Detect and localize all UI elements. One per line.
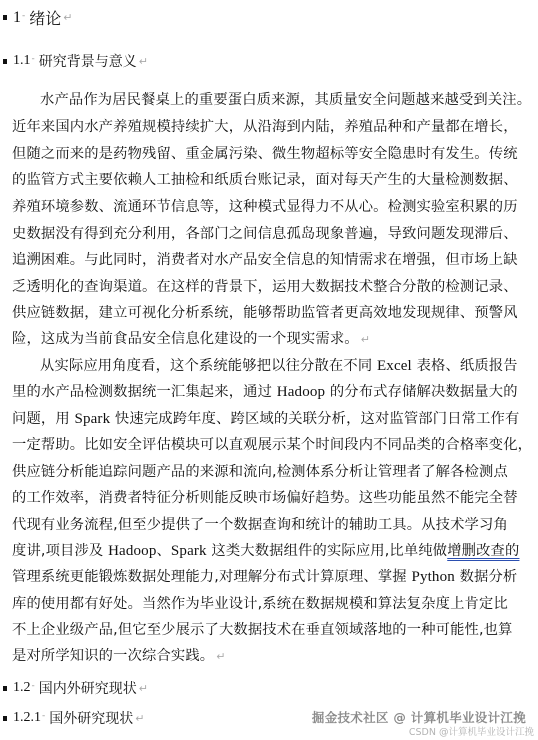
text-line: 不上企业级产品,但它至少展示了大数据技术在垂直领域落地的一种可能性,也算 bbox=[12, 620, 527, 640]
number-separator: - bbox=[32, 681, 35, 691]
text-span: 问题，用 bbox=[12, 411, 74, 427]
heading-number: 1.2 bbox=[13, 680, 31, 696]
heading-title: 国外研究现状 bbox=[49, 708, 133, 728]
latin-term: Excel bbox=[377, 358, 412, 374]
heading-1-1: 1.1 - 研究背景与意义 ↵ bbox=[0, 51, 148, 71]
heading-number: 1.2.1 bbox=[13, 710, 41, 726]
text-line: 库的使用都有好处。当然作为毕业设计,系统在数据规模和算法复杂度上肯定比 bbox=[12, 594, 527, 614]
text-line: 一定帮助。比如安全评估模块可以直观展示某个时间段内不同品类的合格率变化， bbox=[12, 435, 527, 455]
text-line: 的监管方式主要依赖人工抽检和纸质台账记录，面对每天产生的大量检测数据、 bbox=[12, 170, 527, 190]
text-line: 代现有业务流程,但至少提供了一个数据查询和统计的辅助工具。从技术学习角 bbox=[12, 515, 527, 535]
paragraph-mark-icon: ↵ bbox=[139, 55, 148, 68]
text-line: 险，这成为当前食品安全信息化建设的一个现实需求。↵ bbox=[12, 329, 527, 350]
paragraph-mark-icon: ↵ bbox=[139, 682, 148, 695]
text-line: 史数据没有得到充分利用，各部门之间信息孤岛现象普遍，导致问题发现滞后、 bbox=[12, 224, 527, 244]
text-span: 这类大数据组件的实际应用,比单纯做 bbox=[207, 543, 448, 559]
text-line: 近年来国内水产养殖规模持续扩大，从沿海到内陆，养殖品种和产量都在增长， bbox=[12, 117, 527, 137]
number-separator: - bbox=[32, 54, 35, 64]
latin-term: Hadoop bbox=[277, 384, 325, 400]
heading-title: 研究背景与意义 bbox=[39, 51, 137, 71]
heading-bullet-icon bbox=[3, 686, 7, 691]
heading-title: 绪论 bbox=[29, 6, 61, 29]
heading-bullet-icon bbox=[3, 59, 7, 64]
number-separator: - bbox=[42, 711, 45, 721]
heading-bullet-icon bbox=[3, 716, 7, 721]
heading-1-2: 1.2 - 国内外研究现状 ↵ bbox=[0, 678, 148, 698]
text-line: 管理系统更能锻炼数据处理能力,对理解分布式计算原理、掌握 Python 数据分析 bbox=[12, 567, 527, 587]
text-span: 、 bbox=[156, 543, 170, 559]
text-line: 问题，用 Spark 快速完成跨年度、跨区域的关联分析，这对监管部门日常工作有 bbox=[12, 409, 527, 429]
number-separator: - bbox=[22, 11, 25, 21]
text-line: 度讲,项目涉及 Hadoop、Spark 这类大数据组件的实际应用,比单纯做增删… bbox=[12, 541, 527, 561]
text-span: 是对所学知识的一次综合实践。 bbox=[12, 648, 214, 664]
text-line: 水产品作为居民餐桌上的重要蛋白质来源，其质量安全问题越来越受到关注。 bbox=[40, 90, 527, 110]
text-span: 的分布式存储解决数据量大的 bbox=[325, 384, 518, 400]
text-span: 险，这成为当前食品安全信息化建设的一个现实需求。 bbox=[12, 331, 359, 347]
heading-title: 国内外研究现状 bbox=[39, 678, 137, 698]
text-span: 从实际应用角度看，这个系统能够把以往分散在不同 bbox=[40, 358, 377, 374]
grammar-underline-text[interactable]: 增删改查的 bbox=[447, 543, 519, 559]
text-span: 里的水产品检测数据统一汇集起来，通过 bbox=[12, 384, 277, 400]
text-span: 表格、纸质报告 bbox=[412, 358, 518, 374]
text-line: 供应链分析能追踪问题产品的来源和流向,检测体系分析让管理者了解各检测点 bbox=[12, 462, 527, 482]
text-line: 是对所学知识的一次综合实践。↵ bbox=[12, 646, 527, 667]
text-span: 管理系统更能锻炼数据处理能力,对理解分布式计算原理、掌握 bbox=[12, 569, 411, 585]
text-span: 度讲,项目涉及 bbox=[12, 543, 108, 559]
paragraph-mark-icon: ↵ bbox=[135, 712, 144, 725]
text-line: 养殖环境参数、流通环节信息等，这种模式显得力不从心。检测实验室积累的历 bbox=[12, 197, 527, 217]
paragraph-mark-icon: ↵ bbox=[216, 650, 225, 663]
text-span: 快速完成跨年度、跨区域的关联分析，这对监管部门日常工作有 bbox=[110, 411, 519, 427]
text-line: 里的水产品检测数据统一汇集起来，通过 Hadoop 的分布式存储解决数据量大的 bbox=[12, 382, 527, 402]
text-line: 从实际应用角度看，这个系统能够把以往分散在不同 Excel 表格、纸质报告 bbox=[40, 356, 527, 376]
latin-term: Hadoop bbox=[108, 543, 156, 559]
heading-bullet-icon bbox=[3, 15, 7, 20]
text-span: 数据分析 bbox=[455, 569, 517, 585]
heading-number: 1.1 bbox=[13, 53, 31, 69]
heading-1: 1 - 绪论 ↵ bbox=[0, 6, 72, 29]
text-line: 追溯困难。与此同时，消费者对水产品安全信息的知情需求在增强，但市场上缺 bbox=[12, 250, 527, 270]
text-line: 但随之而来的是药物残留、重金属污染、微生物超标等安全隐患时有发生。传统 bbox=[12, 144, 527, 164]
paragraph-mark-icon: ↵ bbox=[361, 333, 370, 346]
heading-1-2-1: 1.2.1 - 国外研究现状 ↵ bbox=[0, 708, 144, 728]
text-line: 乏透明化的查询渠道。在这样的背景下，运用大数据技术整合分散的检测记录、 bbox=[12, 277, 527, 297]
latin-term: Spark bbox=[74, 411, 110, 427]
latin-term: Spark bbox=[171, 543, 207, 559]
latin-term: Python bbox=[411, 569, 454, 585]
paragraph-mark-icon: ↵ bbox=[63, 11, 72, 24]
watermark-secondary: CSDN @计算机毕业设计江挽 bbox=[409, 724, 534, 738]
text-line: 供应链数据，建立可视化分析系统，能够帮助监管者更高效地发现规律、预警风 bbox=[12, 303, 527, 323]
text-line: 的工作效率，消费者特征分析则能反映市场偏好趋势。这些功能虽然不能完全替 bbox=[12, 488, 527, 508]
heading-number: 1 bbox=[13, 9, 21, 27]
